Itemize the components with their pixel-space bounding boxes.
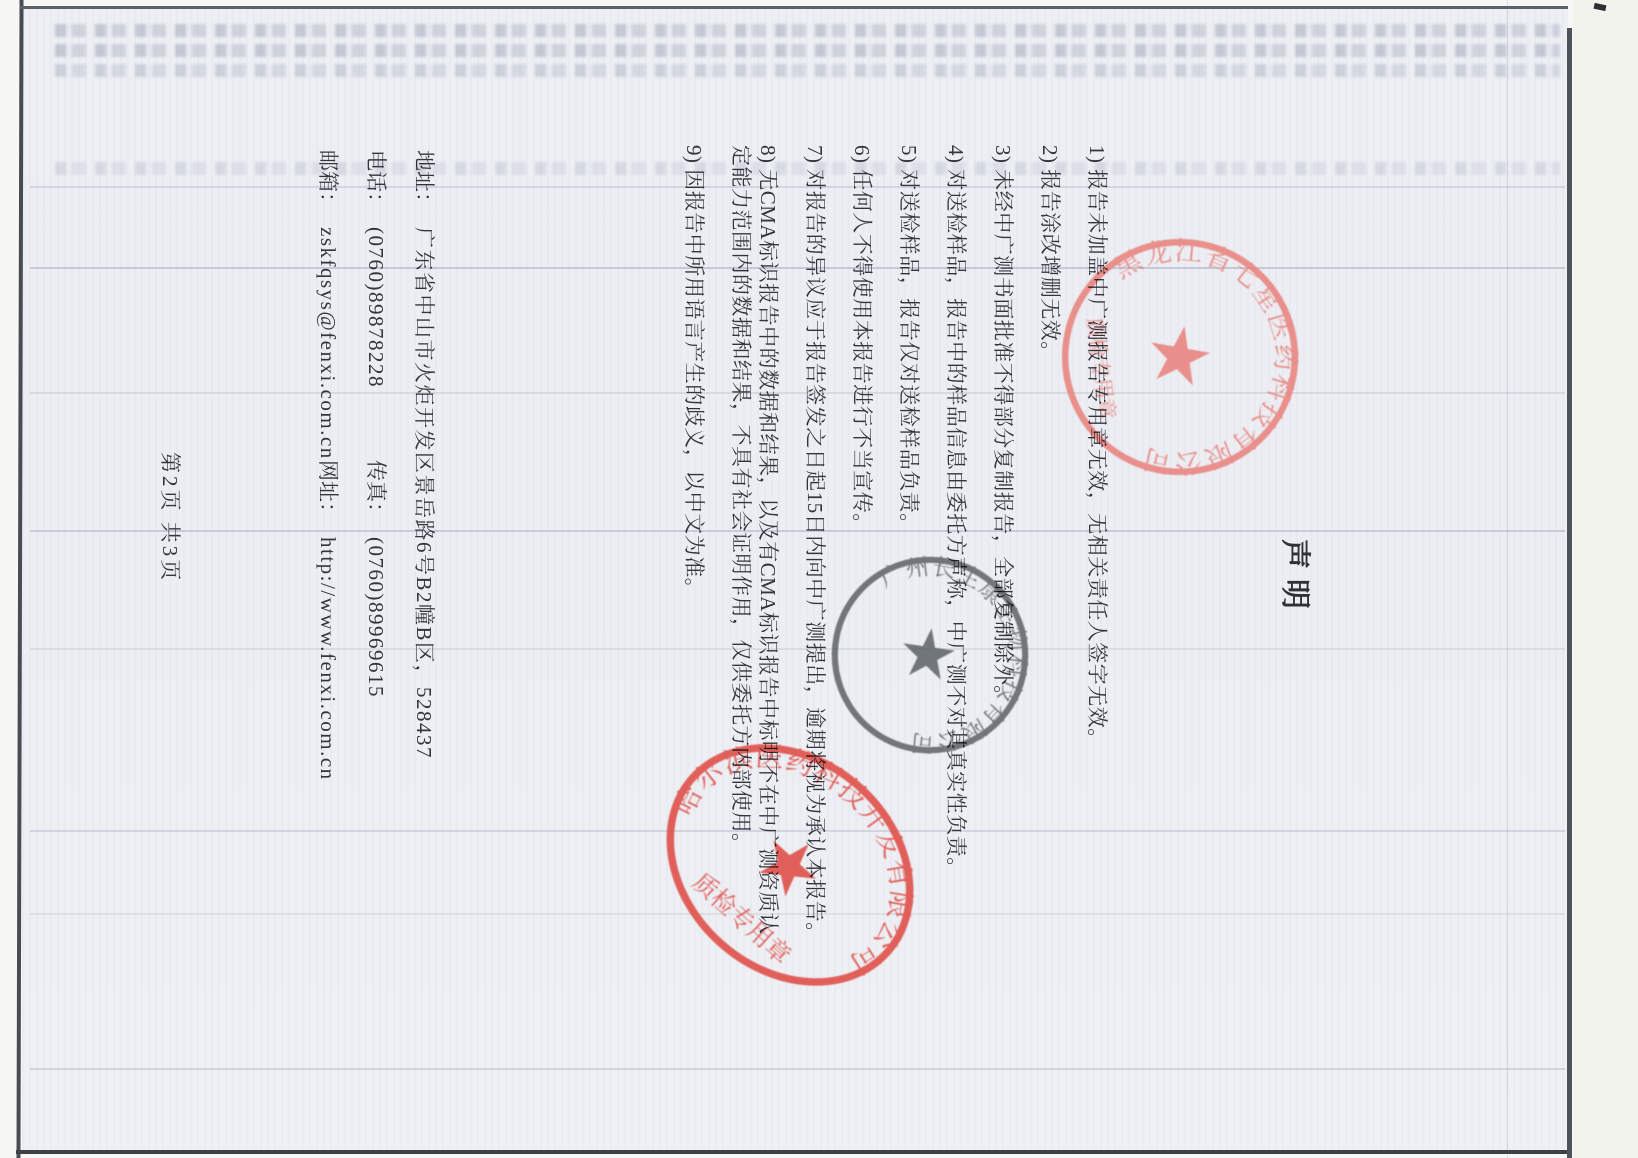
scanned-document-page: 声明 1) 报告未加盖中广测报告专用章无效，无相关责任人签字无效。 2) 报告涂… bbox=[0, 0, 1638, 1158]
contact-phone-row: 电话：(0760)89878228 传真：(0760)89969615 bbox=[344, 150, 392, 1050]
address-label: 地址： bbox=[412, 150, 436, 213]
email-label: 邮箱： bbox=[316, 150, 340, 213]
address-value: 广东省中山市火炬开发区景岳路6号B2幢B区，528437 bbox=[412, 227, 436, 759]
email-value: zskfqsys@fenxi.com.cn bbox=[316, 227, 340, 460]
website-value: http://www.fenxi.com.cn bbox=[316, 537, 340, 781]
phone-value: (0760)89878228 bbox=[364, 227, 388, 388]
contact-block: 地址：广东省中山市火炬开发区景岳路6号B2幢B区，528437 电话：(0760… bbox=[296, 150, 440, 1050]
document-content: 声明 1) 报告未加盖中广测报告专用章无效，无相关责任人签字无效。 2) 报告涂… bbox=[0, 0, 1638, 1158]
black-circle-stamp: 广州长生康生物科技有限公司 ★ bbox=[812, 537, 1048, 773]
fax-value: (0760)89969615 bbox=[364, 537, 388, 698]
website-label: 网址： bbox=[316, 460, 340, 523]
page-number: 第2页 共3页 bbox=[156, 452, 186, 583]
contact-email-row: 邮箱：zskfqsys@fenxi.com.cn 网址：http://www.f… bbox=[296, 150, 344, 1050]
stamp-caption: 质检专用章 bbox=[1082, 316, 1119, 421]
fax-label: 传真： bbox=[364, 460, 388, 523]
page-title: 声明 bbox=[1276, 0, 1320, 1158]
star-icon: ★ bbox=[1132, 316, 1227, 397]
star-icon: ★ bbox=[736, 813, 841, 919]
contact-address-row: 地址：广东省中山市火炬开发区景岳路6号B2幢B区，528437 bbox=[392, 150, 440, 1050]
red-circle-stamp: 黑龙江省七星医药科技有限公司 ★ 质检专用章 bbox=[1041, 218, 1319, 496]
star-icon: ★ bbox=[886, 619, 971, 692]
phone-label: 电话： bbox=[364, 150, 388, 213]
